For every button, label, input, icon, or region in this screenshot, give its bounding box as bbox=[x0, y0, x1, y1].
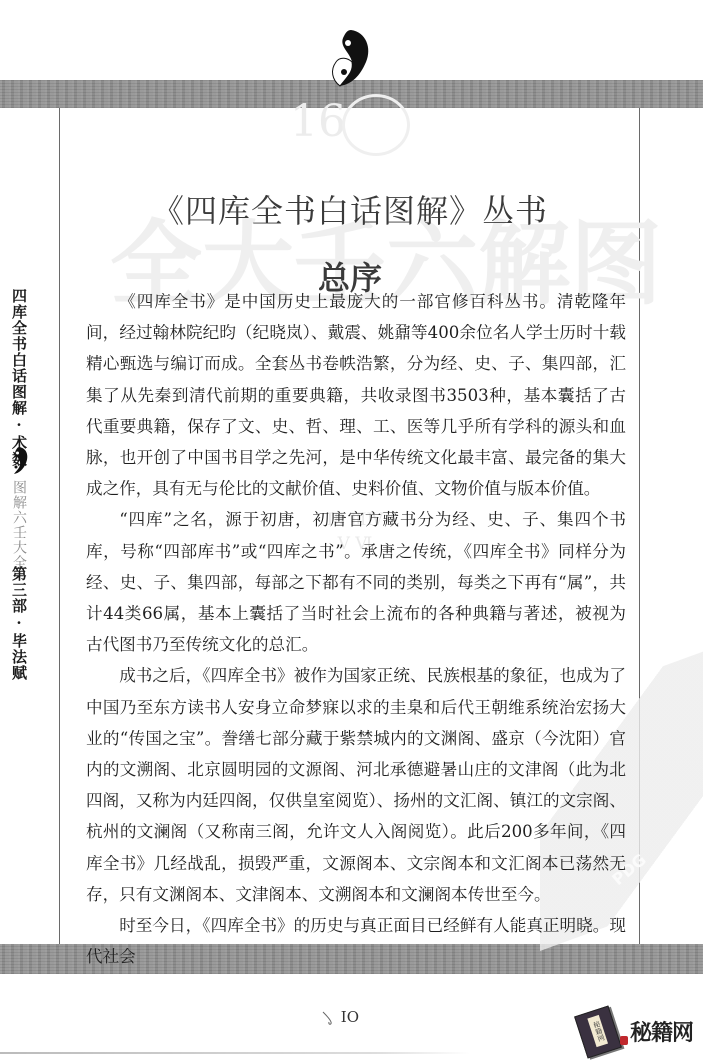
ghost-seal-number: 16 bbox=[290, 96, 346, 147]
paragraph: 成书之后，《四库全书》被作为国家正统、民族根基的象征，也成为了中国乃至东方读书人… bbox=[86, 660, 626, 910]
ghost-seal: 16 bbox=[270, 96, 410, 156]
left-margin-rule bbox=[59, 108, 60, 944]
yin-yang-icon bbox=[330, 28, 372, 90]
yin-yang-icon bbox=[9, 446, 29, 476]
book-icon: 秘籍网 bbox=[574, 1006, 622, 1059]
swirl-ornament-icon bbox=[322, 1010, 336, 1026]
site-name: 秘籍网 bbox=[630, 1016, 693, 1047]
book-label: 秘籍网 bbox=[587, 1015, 608, 1047]
sidebar-book-title: 图解六壬大全 bbox=[8, 480, 30, 570]
page-number: IO bbox=[322, 1008, 359, 1026]
body-text: 《四库全书》是中国历史上最庞大的一部官修百科丛书。清乾隆年间，经过翰林院纪昀（纪… bbox=[86, 286, 626, 972]
sidebar-part-title: 第三部·毕法赋 bbox=[8, 566, 30, 681]
paragraph: “四库”之名，源于初唐，初唐官方藏书分为经、史、子、集四个书库，号称“四部库书”… bbox=[86, 504, 626, 660]
page-title: 《四库全书白话图解》丛书 bbox=[60, 186, 640, 232]
paragraph: 时至今日，《四库全书》的历史与真正面目已经鲜有人能真正明晓。现代社会 bbox=[86, 910, 626, 972]
site-logo: 秘籍网 秘籍网 bbox=[580, 1010, 700, 1054]
seal-icon bbox=[620, 1036, 628, 1045]
sidebar-series-title: 四库全书白话图解·术数 bbox=[8, 288, 30, 467]
ghost-seal-circle bbox=[342, 94, 410, 156]
footer-scan-line bbox=[0, 1052, 470, 1054]
paragraph: 《四库全书》是中国历史上最庞大的一部官修百科丛书。清乾隆年间，经过翰林院纪昀（纪… bbox=[86, 286, 626, 504]
page-number-text: IO bbox=[341, 1008, 359, 1026]
